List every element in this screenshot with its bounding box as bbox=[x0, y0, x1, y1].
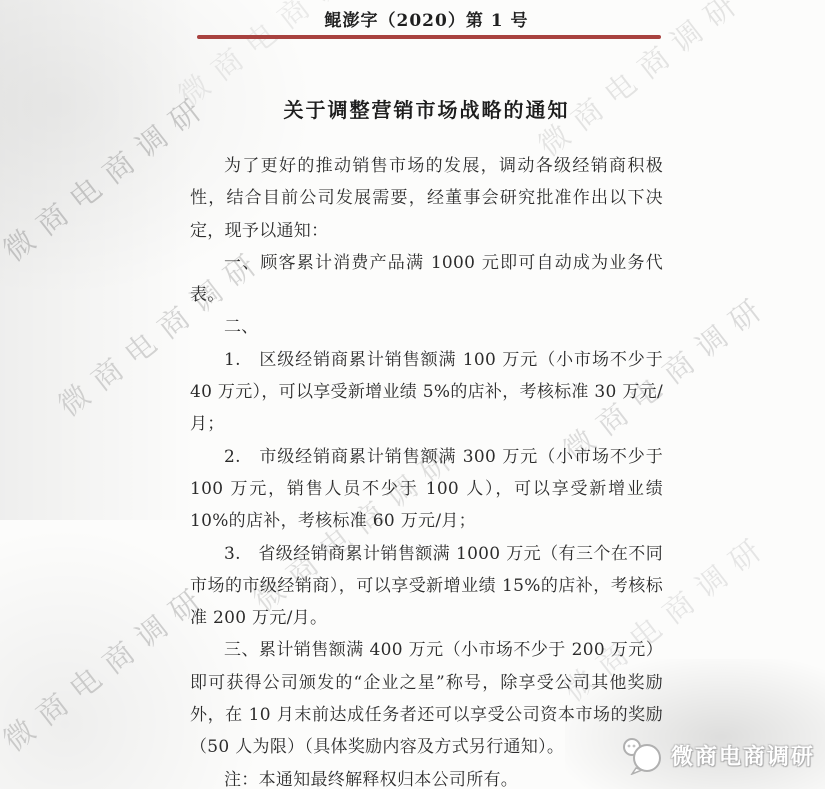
clause-three-paragraph: 三、累计销售额满 400 万元（小市场不少于 200 万元）即可获得公司颁发的“… bbox=[190, 634, 663, 763]
doc-number: 鲲澎字（2020）第 1 号 bbox=[190, 6, 663, 31]
clause-two-item-1: 1. 区级经销商累计销售额满 100 万元（小市场不少于 40 万元），可以享受… bbox=[190, 344, 663, 441]
intro-paragraph: 为了更好的推动销售市场的发展，调动各级经销商积极性，结合目前公司发展需要，经董事… bbox=[190, 150, 663, 247]
document-title: 关于调整营销市场战略的通知 bbox=[190, 94, 663, 123]
clause-two-item-3: 3. 省级经销商累计销售额满 1000 万元（有三个在不同市场的市级经销商），可… bbox=[190, 538, 663, 635]
document-body: 为了更好的推动销售市场的发展，调动各级经销商积极性，结合目前公司发展需要，经董事… bbox=[190, 150, 663, 789]
scanned-notice-document: 微商电商调研 微商电商调研 微商电商调研 微商电商调研 微商电商调研 微商电商调… bbox=[0, 0, 825, 789]
clause-one-paragraph: 一、顾客累计消费产品满 1000 元即可自动成为业务代表。 bbox=[190, 247, 663, 312]
clause-two-heading: 二、 bbox=[190, 311, 663, 343]
diagonal-watermark: 微商电商调研 bbox=[0, 570, 218, 760]
diagonal-watermark: 微商电商调研 bbox=[0, 80, 218, 270]
left-margin-shade bbox=[0, 0, 215, 520]
brand-name: 微商电商调研 bbox=[671, 740, 815, 771]
note-paragraph: 注：本通知最终解释权归本公司所有。 bbox=[190, 764, 663, 789]
clause-two-item-2: 2. 市级经销商累计销售额满 300 万元（小市场不少于 100 万元，销售人员… bbox=[190, 441, 663, 538]
header-red-divider bbox=[197, 35, 661, 39]
